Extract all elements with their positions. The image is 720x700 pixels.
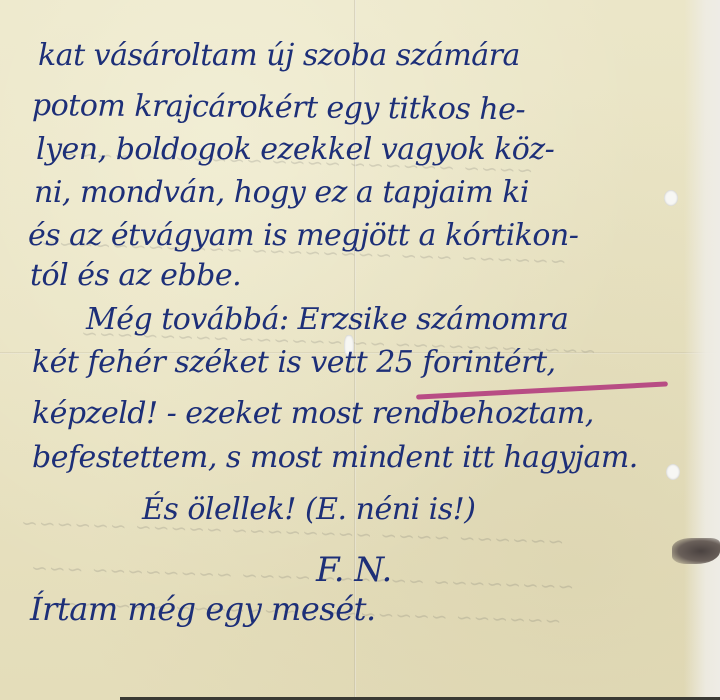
letter-line-5: és az étvágyam is megjött a kórtikon-	[28, 218, 578, 253]
letter-line-2: potom krajcárokért egy titkos he-	[32, 88, 525, 127]
punch-hole	[666, 464, 680, 480]
letter-closing: És ölellek! (E. néni is!)	[142, 492, 475, 527]
letter-line-1: kat vásároltam új szoba számára	[38, 38, 520, 73]
letter-line-10: befestettem, s most mindent itt hagyjam.	[32, 440, 638, 475]
letter-line-9: képzeld! - ezeket most rendbehoztam,	[32, 396, 594, 431]
paper-right-edge	[684, 0, 720, 700]
letter-page: ~~~~ ~~~~~~ ~~~~ ~~~~~~~ ~~~~ ~~~~~~ ~~~…	[0, 0, 720, 700]
letter-line-8: két fehér széket is vett 25 forintért,	[32, 345, 556, 380]
postscript: Írtam még egy mesét.	[30, 590, 376, 628]
letter-line-4: ni, mondván, hogy ez a tapjaim ki	[34, 175, 529, 210]
letter-line-6: tól és az ebbe.	[30, 258, 241, 293]
ink-stain	[672, 538, 720, 564]
signature: F. N.	[316, 550, 392, 590]
punch-hole	[664, 190, 678, 206]
letter-line-7: Még továbbá: Erzsike számomra	[86, 302, 568, 337]
letter-line-3: lyen, boldogok ezekkel vagyok köz-	[36, 132, 554, 167]
